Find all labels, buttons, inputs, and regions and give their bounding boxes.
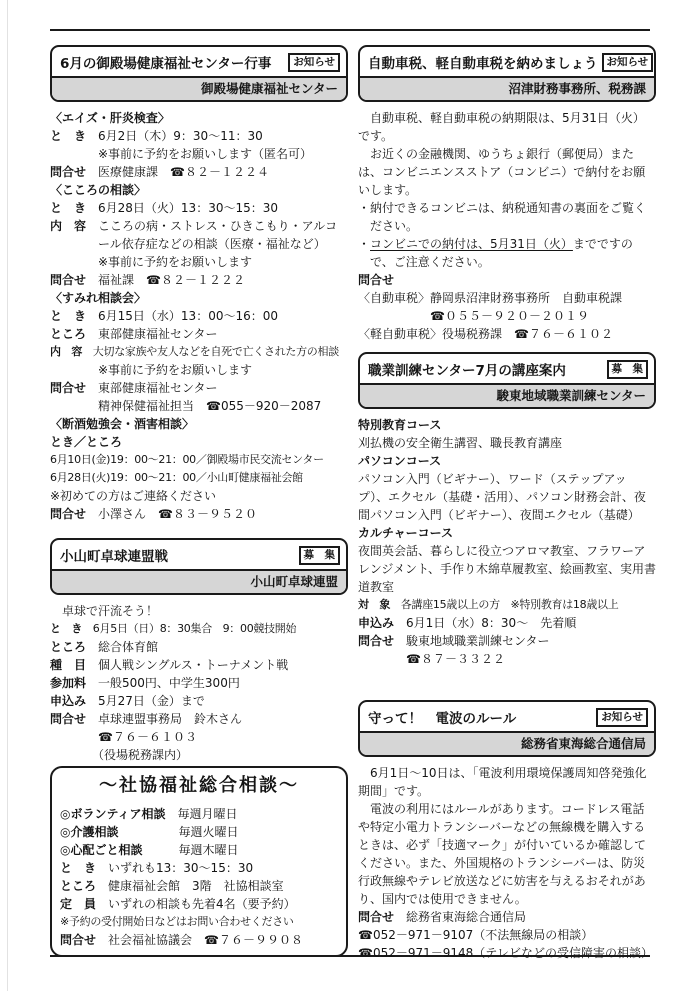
top-rule [50, 29, 650, 31]
text-line: 申込み 6月1日（水）8：30～ 先着順 [358, 614, 656, 632]
section-table-tennis-league: 小山町卓球連盟戦 募 集 小山町卓球連盟 卓球で汗流そう！と き 6月5日（日）… [50, 538, 348, 764]
section-title: 自動車税、軽自動車税を納めましょう [368, 52, 598, 72]
section-title: 職業訓練センター7月の講座案内 [368, 359, 566, 379]
section-subtitle: 沼津財務事務所、税務課 [360, 78, 654, 100]
text-line: 種 目 個人戦シングルス・トーナメント戦 [50, 656, 348, 674]
text-line: ところ 総合体育館 [50, 638, 348, 656]
text-line: カルチャーコース [358, 524, 656, 542]
section-title-row: 小山町卓球連盟戦 募 集 [52, 540, 346, 571]
section-header: 小山町卓球連盟戦 募 集 小山町卓球連盟 [50, 538, 348, 595]
section-title-row: 6月の御殿場健康福祉センター行事 お知らせ [52, 47, 346, 78]
text-line: 問合せ 総務省東海総合通信局 [358, 908, 656, 926]
section-title-row: 職業訓練センター7月の講座案内 募 集 [360, 354, 654, 385]
notice-badge: お知らせ [288, 53, 340, 72]
text-line: と き 6月2日（木）9：30～11：30 [50, 127, 348, 145]
text-line: ☎７６－６１０３ [50, 728, 348, 746]
text-line: ☎052－971－9148（テレビなどの受信障害の相談） [358, 944, 656, 962]
text-line: 対 象 各講座15歳以上の方 ※特別教育は18歳以上 [358, 596, 656, 614]
box-title: ～社協福祉総合相談～ [60, 774, 338, 798]
section-header: 自動車税、軽自動車税を納めましょう お知らせ 沼津財務事務所、税務課 [358, 45, 656, 102]
recruit-badge: 募 集 [607, 360, 649, 379]
text-line: 申込み 5月27日（金）まで [50, 692, 348, 710]
text-line: ☎０５５－９２０－２０１９ [358, 307, 656, 325]
text-line: 〈こころの相談〉 [50, 181, 348, 199]
text-line: 問合せ 駿東地域職業訓練センター [358, 632, 656, 650]
text-line: ※事前に予約をお願いします（匿名可） [50, 145, 348, 163]
text-line: ※事前に予約をお願いします [50, 253, 348, 271]
notice-badge: お知らせ [596, 708, 648, 727]
text-line: 精神保健福祉担当 ☎055－920－2087 [50, 397, 348, 415]
text-line: 問合せ 卓球連盟事務局 鈴木さん [50, 710, 348, 728]
section-vocational-training-courses: 職業訓練センター7月の講座案内 募 集 駿東地域職業訓練センター 特別教育コース… [358, 352, 656, 668]
text-line: 〈軽自動車税〉役場税務課 ☎７６－６１０２ [358, 325, 656, 343]
page-edge-line [7, 0, 8, 991]
section-subtitle: 小山町卓球連盟 [52, 571, 346, 593]
section-shakyo-welfare-consultation: ～社協福祉総合相談～ ◎ボランティア相談 毎週月曜日◎介護相談 毎週火曜日◎心配… [50, 766, 348, 957]
section-title: 6月の御殿場健康福祉センター行事 [60, 52, 271, 72]
text-line: 電波の利用にはルールがあります。コードレス電話や特定小電力トランシーバーなどの無… [358, 800, 656, 908]
text-line: ◎介護相談 毎週火曜日 [60, 823, 338, 841]
text-line: と き 6月15日（水）13：00～16：00 [50, 307, 348, 325]
section-body: 特別教育コース刈払機の安全衛生講習、職長教育講座パソコンコースパソコン入門（ビギ… [358, 416, 656, 668]
text-line: と き いずれも13：30～15：30 [60, 859, 338, 877]
section-header: 職業訓練センター7月の講座案内 募 集 駿東地域職業訓練センター [358, 352, 656, 409]
section-subtitle: 総務省東海総合通信局 [360, 733, 654, 755]
text-line: 問合せ 医療健康課 ☎８２－１２２４ [50, 163, 348, 181]
text-line: 内 容 大切な家族や友人などを自死で亡くされた方の相談 [50, 343, 348, 361]
section-subtitle: 駿東地域職業訓練センター [360, 385, 654, 407]
section-body: 〈エイズ・肝炎検査〉と き 6月2日（木）9：30～11：30 ※事前に予約をお… [50, 109, 348, 523]
text-line: 〈自動車税〉静岡県沼津財務事務所 自動車税課 [358, 289, 656, 307]
text-line: ☎８７－３３２２ [358, 650, 656, 668]
section-title: 守って！ 電波のルール [368, 707, 516, 727]
text-line: 特別教育コース [358, 416, 656, 434]
section-header: 6月の御殿場健康福祉センター行事 お知らせ 御殿場健康福祉センター [50, 45, 348, 102]
text-line: ところ 東部健康福祉センター [50, 325, 348, 343]
text-line: 内 容 こころの病・ストレス・ひきこもり・アルコ [50, 217, 348, 235]
text-line: ◎ボランティア相談 毎週月曜日 [60, 805, 338, 823]
text-line: ※予約の受付開始日などはお問い合わせください [60, 913, 338, 931]
text-line: （役場税務課内） [50, 746, 348, 764]
text-line: 問合せ 社会福祉協議会 ☎７６－９９０８ [60, 931, 338, 949]
section-gotemba-health-center-events: 6月の御殿場健康福祉センター行事 お知らせ 御殿場健康福祉センター 〈エイズ・肝… [50, 45, 348, 523]
text-line: 刈払機の安全衛生講習、職長教育講座 [358, 434, 656, 452]
text-line: と き 6月5日（日）8：30集合 9：00競技開始 [50, 620, 348, 638]
newsletter-page: 6月の御殿場健康福祉センター行事 お知らせ 御殿場健康福祉センター 〈エイズ・肝… [0, 0, 700, 991]
section-title: 小山町卓球連盟戦 [60, 545, 168, 565]
text-line: 6月28日(火)19：00～21：00／小山町健康福祉会館 [50, 469, 348, 487]
text-line: ところ 健康福祉会館 3階 社協相談室 [60, 877, 338, 895]
notice-badge: お知らせ [602, 53, 654, 72]
section-header: 守って！ 電波のルール お知らせ 総務省東海総合通信局 [358, 700, 656, 757]
text-line: パソコンコース [358, 452, 656, 470]
recruit-badge: 募 集 [299, 546, 341, 565]
text-line: 〈断酒勉強会・酒害相談〉 [50, 415, 348, 433]
text-line: 問合せ 福祉課 ☎８２－１２２２ [50, 271, 348, 289]
text-line: 問合せ 東部健康福祉センター [50, 379, 348, 397]
text-line: パソコン入門（ビギナー）、ワード（ステップアップ）、エクセル（基礎・活用）、パソ… [358, 470, 656, 524]
section-body: 卓球で汗流そう！と き 6月5日（日）8：30集合 9：00競技開始ところ 総合… [50, 602, 348, 764]
section-title-row: 自動車税、軽自動車税を納めましょう お知らせ [360, 47, 654, 78]
section-body: ◎ボランティア相談 毎週月曜日◎介護相談 毎週火曜日◎心配ごと相談 毎週木曜日と… [60, 805, 338, 949]
text-line: 夜間英会話、暮らしに役立つアロマ教室、フラワーアレンジメント、手作り木綿草履教室… [358, 542, 656, 596]
text-line: ・コンビニでの納付は、5月31日（火）までですので、ご注意ください。 [358, 235, 656, 271]
section-body: 自動車税、軽自動車税の納期限は、5月31日（火）です。 お近くの金融機関、ゆうち… [358, 109, 656, 343]
text-line: ◎心配ごと相談 毎週木曜日 [60, 841, 338, 859]
text-line: 参加料 一般500円、中学生300円 [50, 674, 348, 692]
text-line: 6月1日～10日は、「電波利用環境保護周知啓発強化期間」です。 [358, 764, 656, 800]
text-line: ・納付できるコンビニは、納税通知書の裏面をご覧ください。 [358, 199, 656, 235]
section-body: 6月1日～10日は、「電波利用環境保護周知啓発強化期間」です。 電波の利用にはル… [358, 764, 656, 962]
text-line: ☎052－971－9107（不法無線局の相談） [358, 926, 656, 944]
text-line: ール依存症などの相談（医療・福祉など） [50, 235, 348, 253]
section-vehicle-tax-notice: 自動車税、軽自動車税を納めましょう お知らせ 沼津財務事務所、税務課 自動車税、… [358, 45, 656, 343]
text-line: ※事前に予約をお願いします [50, 361, 348, 379]
text-line: 自動車税、軽自動車税の納期限は、5月31日（火）です。 [358, 109, 656, 145]
text-line: と き 6月28日（火）13：30～15：30 [50, 199, 348, 217]
text-line: とき／ところ [50, 433, 348, 451]
text-line: 〈すみれ相談会〉 [50, 289, 348, 307]
text-line: 6月10日(金)19：00～21：00／御殿場市民交流センター [50, 451, 348, 469]
text-line: 問合せ [358, 271, 656, 289]
section-subtitle: 御殿場健康福祉センター [52, 78, 346, 100]
text-line: 〈エイズ・肝炎検査〉 [50, 109, 348, 127]
section-title-row: 守って！ 電波のルール お知らせ [360, 702, 654, 733]
text-line: 卓球で汗流そう！ [50, 602, 348, 620]
text-line: お近くの金融機関、ゆうちょ銀行（郵便局）または、コンビニエンスストア（コンビニ）… [358, 145, 656, 199]
text-line: 問合せ 小澤さん ☎８３－９５２０ [50, 505, 348, 523]
text-line: 定 員 いずれの相談も先着4名（要予約） [60, 895, 338, 913]
section-radio-wave-rules: 守って！ 電波のルール お知らせ 総務省東海総合通信局 6月1日～10日は、「電… [358, 700, 656, 962]
text-line: ※初めての方はご連絡ください [50, 487, 348, 505]
